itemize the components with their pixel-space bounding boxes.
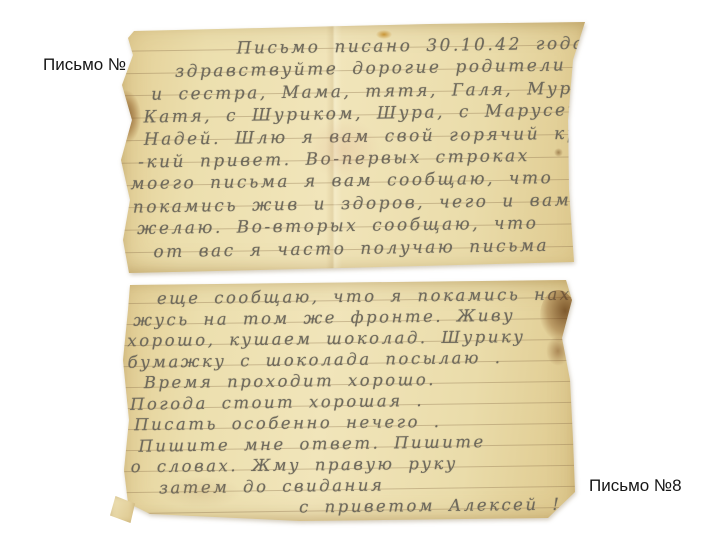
letter-scan-bottom: еще сообщаю, что я покамись нахо- жусь н… [118, 278, 580, 524]
letter-paper-bottom: еще сообщаю, что я покамись нахо- жусь н… [118, 278, 580, 524]
paper-stain [117, 394, 128, 409]
letter-paper-top: Письмо писано 30.10.42 года . здравствуй… [118, 20, 590, 276]
handwriting-block: еще сообщаю, что я покамись нахо- жусь н… [117, 284, 577, 520]
letter-scan-top: Письмо писано 30.10.42 года . здравствуй… [118, 20, 590, 276]
letter-caption-right: Письмо №8 [589, 476, 682, 496]
handwriting-block: Письмо писано 30.10.42 года . здравствуй… [116, 33, 587, 263]
letter-caption-left: Письмо № [43, 55, 126, 75]
